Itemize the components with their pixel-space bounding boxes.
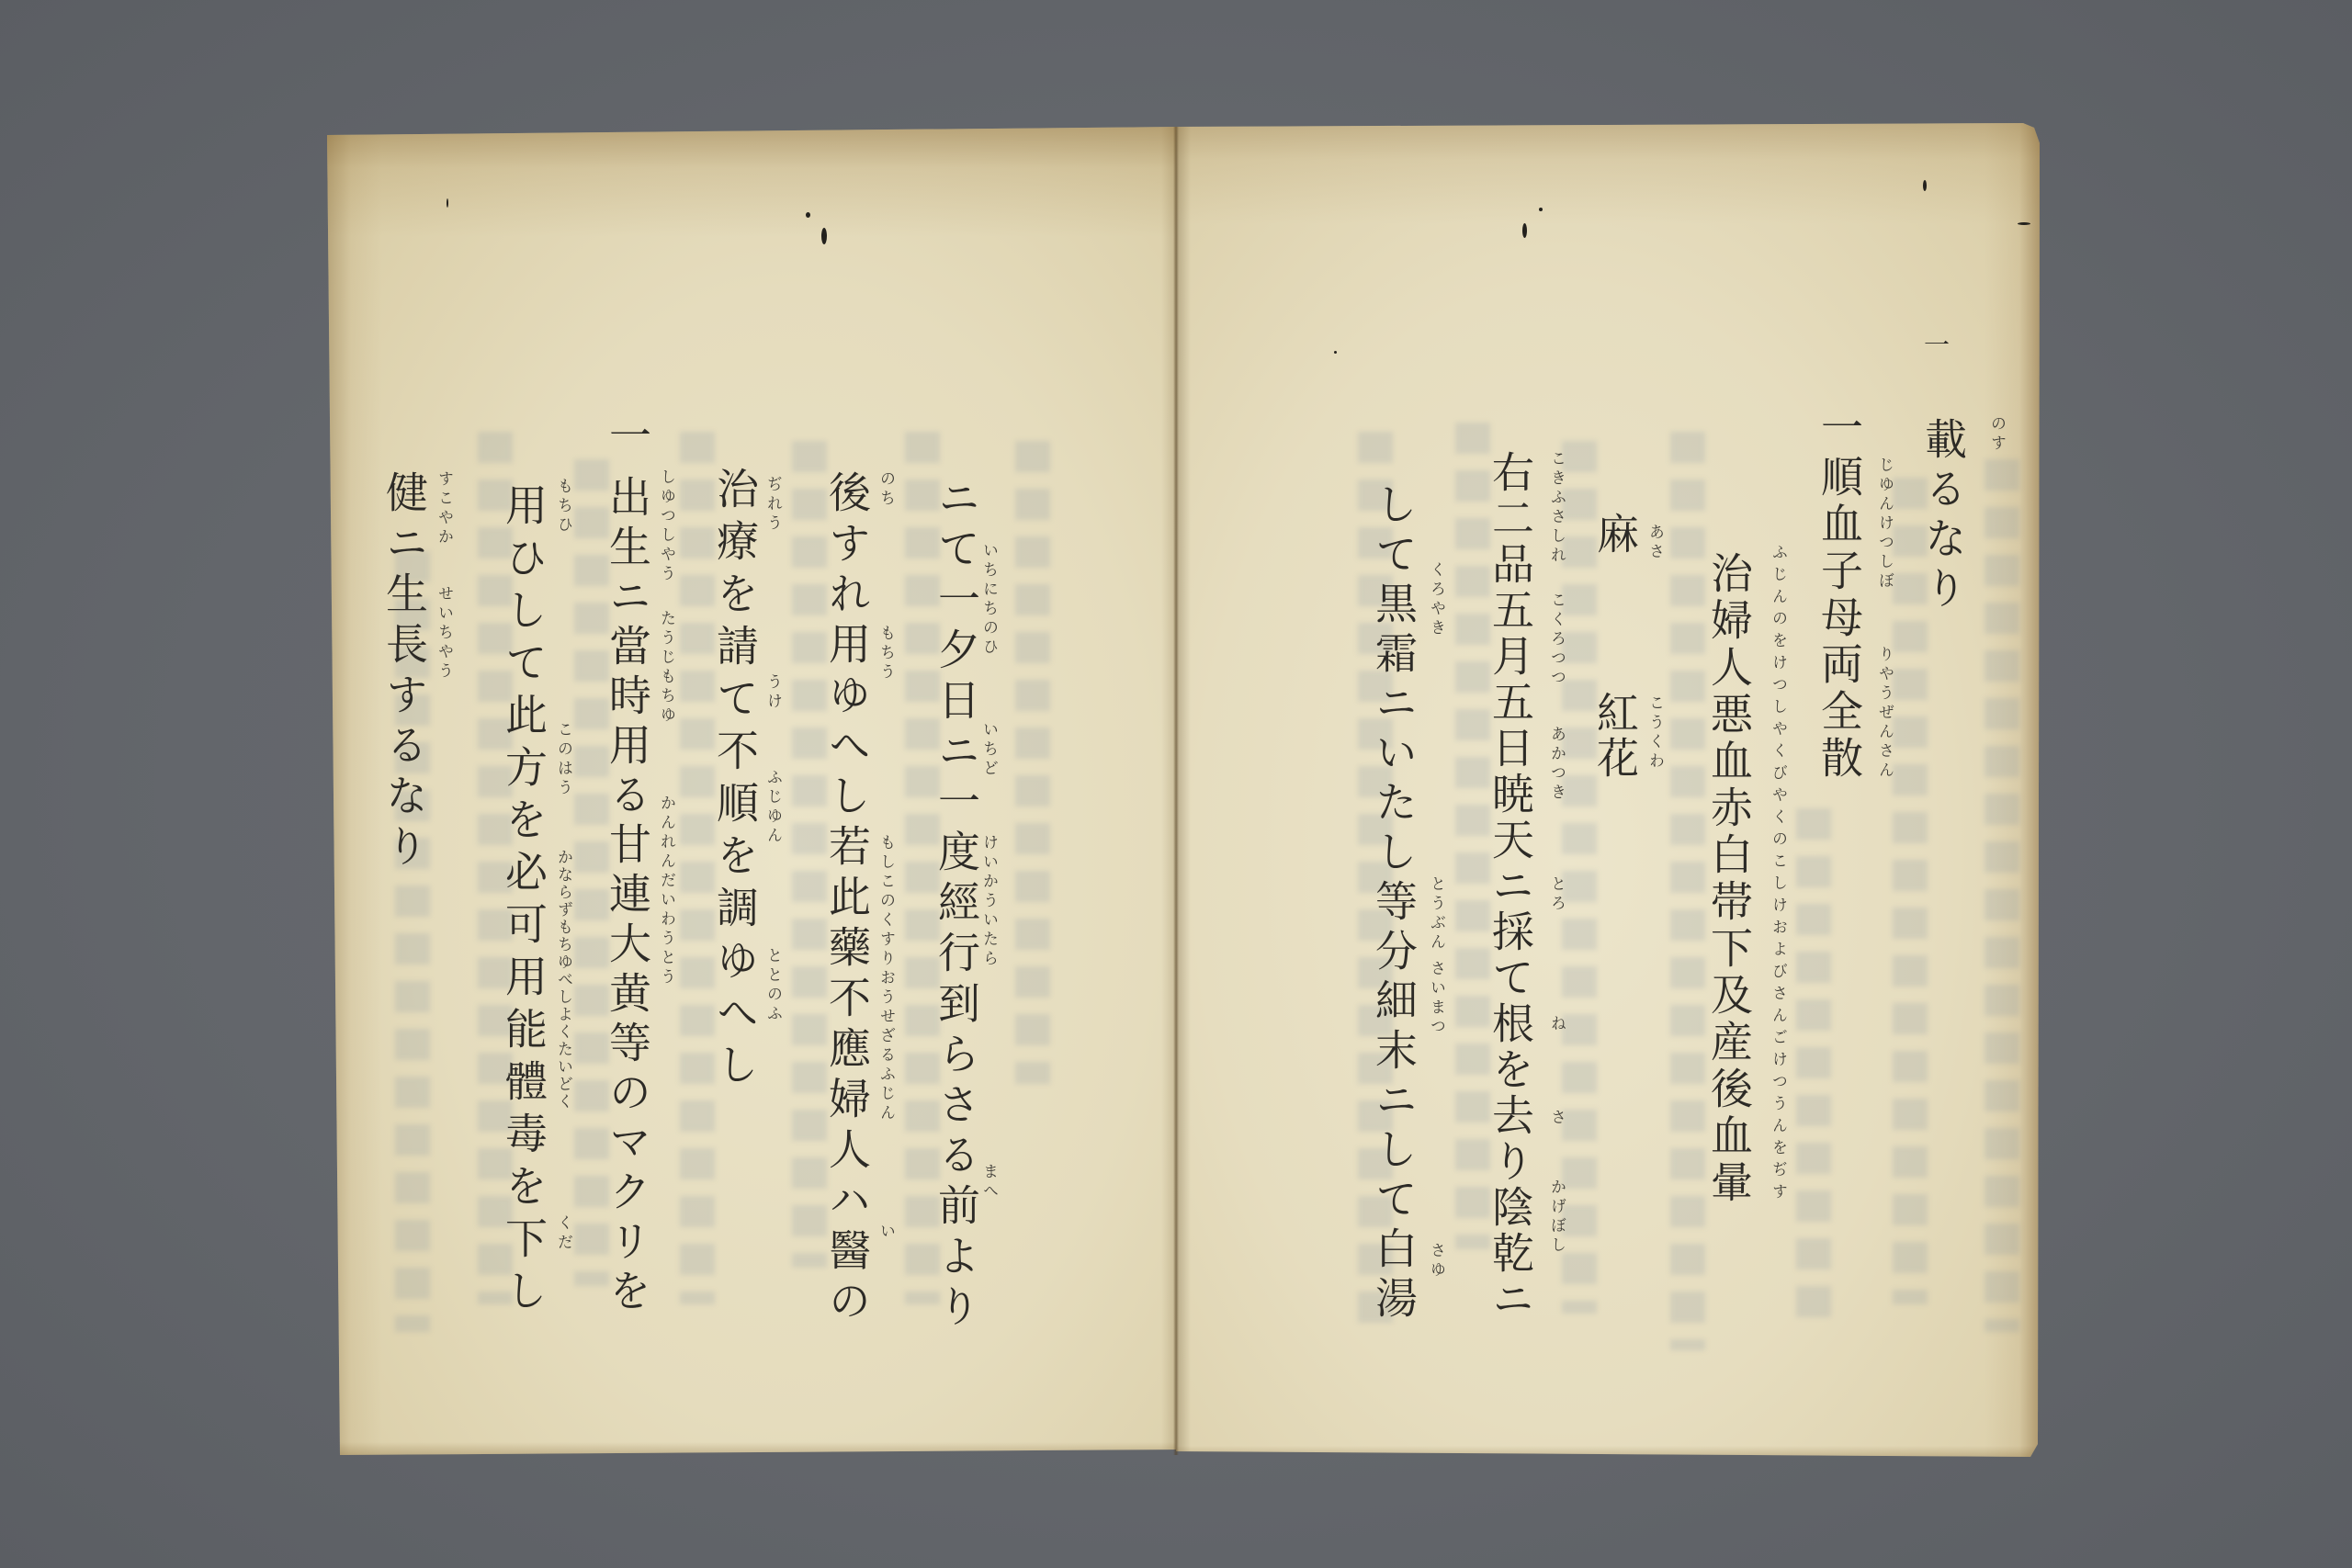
furigana: こうくわ (1646, 694, 1662, 772)
text-column: 載るなり (1922, 417, 1964, 615)
furigana: たうじもちゆ (658, 610, 673, 726)
furigana: ふじゆん (764, 769, 780, 846)
text-column: 右二品五月五日暁天ニ採て根を去り陰乾ニ (1489, 450, 1532, 1323)
furigana: のち (877, 470, 893, 509)
furigana: かならずもちゆべしよくたいどく (555, 849, 571, 1111)
furigana: いちにちのひ (980, 542, 996, 658)
furigana: もしこのくすりおうせざるふじん (877, 834, 893, 1123)
furigana: うけ (764, 673, 780, 712)
text-column: 健ニ生長するなり (383, 470, 425, 874)
furigana: すこやか (435, 470, 451, 547)
book-gutter (1173, 127, 1179, 1455)
show-through-ink (1562, 441, 1597, 1314)
ink-speck (2018, 222, 2030, 225)
ingredient-hemp: 麻 (1594, 512, 1636, 554)
text-column: 用ひして此方を必可用能體毒を下し (503, 483, 545, 1321)
ink-speck (1923, 180, 1927, 191)
furigana: ととのふ (764, 947, 780, 1024)
furigana: ね (1548, 1015, 1564, 1034)
show-through-ink (1796, 808, 1831, 1323)
furigana: もちひ (555, 478, 571, 536)
furigana: あさ (1646, 524, 1662, 562)
continuation-mark: 一 (1924, 333, 1950, 358)
furigana: のす (1988, 415, 2004, 454)
furigana: い (877, 1223, 893, 1242)
furigana: さゆ (1428, 1242, 1443, 1280)
show-through-ink (1984, 459, 2019, 1332)
text-column: 治婦人悪血赤白帯下及産後血暈 (1708, 551, 1750, 1207)
furigana: しゆつしやう (658, 468, 673, 584)
text-column: 出生ニ當時用る甘連大黄等のマクリを (606, 475, 649, 1318)
ink-speck (1539, 208, 1543, 211)
ink-speck (1334, 351, 1337, 354)
furigana: ぢれう (764, 476, 780, 534)
text-column: ニて一夕日ニ一度經行到らさる前より (935, 476, 978, 1335)
ink-speck (1522, 223, 1527, 238)
ink-speck (806, 212, 810, 218)
furigana: このはう (555, 721, 571, 798)
furigana: ふじんのをけつしやくびやくのこしけおよびさんごけつうんをぢす (1770, 544, 1785, 1205)
furigana: けいかういたら (980, 834, 996, 969)
furigana: あかつき (1548, 726, 1564, 803)
furigana: りやうぜんさん (1876, 646, 1892, 781)
furigana: こくろつつ (1548, 592, 1564, 688)
furigana: こきふさしれ (1548, 450, 1564, 566)
furigana: とうぶん (1428, 875, 1443, 953)
furigana: さ (1548, 1109, 1564, 1128)
show-through-ink (1670, 432, 1705, 1350)
furigana: いちど (980, 721, 996, 779)
ink-speck (447, 198, 448, 208)
furigana: じゆんけつしぼ (1876, 457, 1892, 592)
text-column: 後すれ用ゆへし若此藥不應婦人ハ醫の (826, 470, 868, 1329)
prescription-title: 順血子母両全散 (1818, 455, 1860, 783)
furigana: とろ (1548, 875, 1564, 914)
ink-speck (821, 228, 827, 244)
furigana: くだ (555, 1214, 571, 1253)
text-column: して黒霜ニいたし等分細末ニして白湯 (1373, 482, 1415, 1325)
furigana: くろやき (1428, 561, 1443, 638)
show-through-ink (1015, 441, 1050, 1084)
item-marker: 一 (606, 413, 649, 456)
furigana: かげぼし (1548, 1179, 1564, 1256)
item-marker: 一 (1818, 405, 1860, 447)
ingredient-safflower: 紅花 (1594, 691, 1636, 781)
furigana: もちう (877, 625, 893, 682)
text-column: 治療を請て不順を調ゆへし (714, 467, 756, 1095)
furigana: せいちやう (435, 585, 451, 682)
furigana: かんれんだいわうとう (658, 795, 673, 987)
furigana: まへ (980, 1163, 996, 1201)
furigana: さいまつ (1428, 960, 1443, 1037)
